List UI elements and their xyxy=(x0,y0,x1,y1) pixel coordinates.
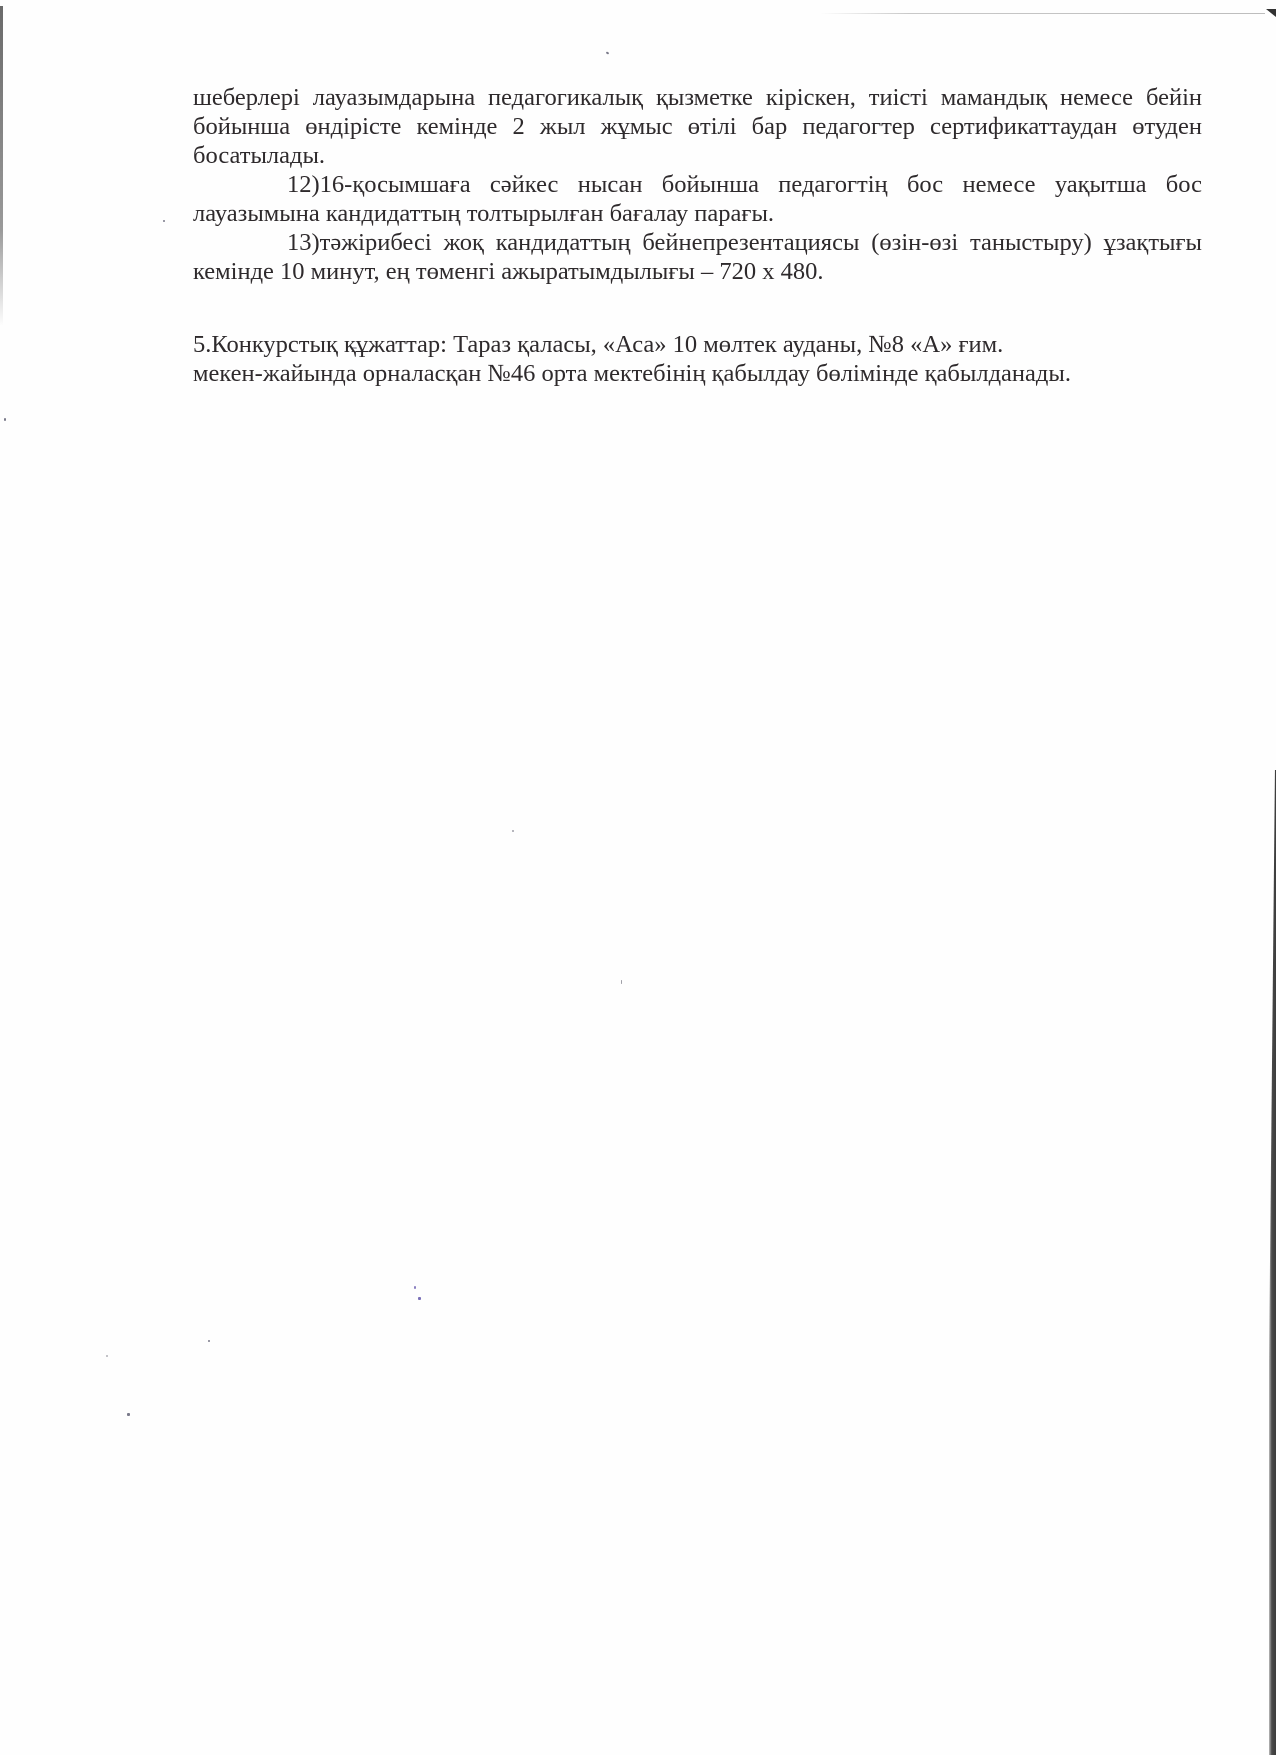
section-5-heading-line: 5.Конкурстық құжаттар: Тараз қаласы, «Ас… xyxy=(193,330,1202,359)
scan-speck xyxy=(606,51,610,54)
scan-corner-mark xyxy=(1266,9,1276,17)
scanned-page: шеберлері лауазымдарына педагогикалық қы… xyxy=(0,0,1276,1755)
document-body: шеберлері лауазымдарына педагогикалық қы… xyxy=(193,83,1202,388)
scan-speck xyxy=(208,1340,210,1342)
section-spacer xyxy=(193,286,1202,330)
scan-speck xyxy=(106,1355,108,1357)
scan-speck xyxy=(621,980,622,984)
scan-speck xyxy=(418,1297,421,1300)
paragraph-item-13: 13)тәжірибесі жоқ кандидаттың бейнепрезе… xyxy=(193,228,1202,286)
scan-speck xyxy=(127,1413,130,1416)
scan-speck xyxy=(414,1286,416,1289)
scan-speck xyxy=(163,220,165,222)
scan-speck xyxy=(4,418,6,421)
scan-edge-shadow-right xyxy=(1269,770,1276,1755)
section-5-body: мекен-жайында орналасқан №46 орта мектеб… xyxy=(193,359,1202,388)
scan-edge-line-top xyxy=(820,13,1265,14)
scan-edge-shadow-left xyxy=(0,6,3,326)
paragraph-continuation: шеберлері лауазымдарына педагогикалық қы… xyxy=(193,83,1202,170)
scan-speck xyxy=(512,830,514,832)
paragraph-item-12: 12)16-қосымшаға сәйкес нысан бойынша пед… xyxy=(193,170,1202,228)
